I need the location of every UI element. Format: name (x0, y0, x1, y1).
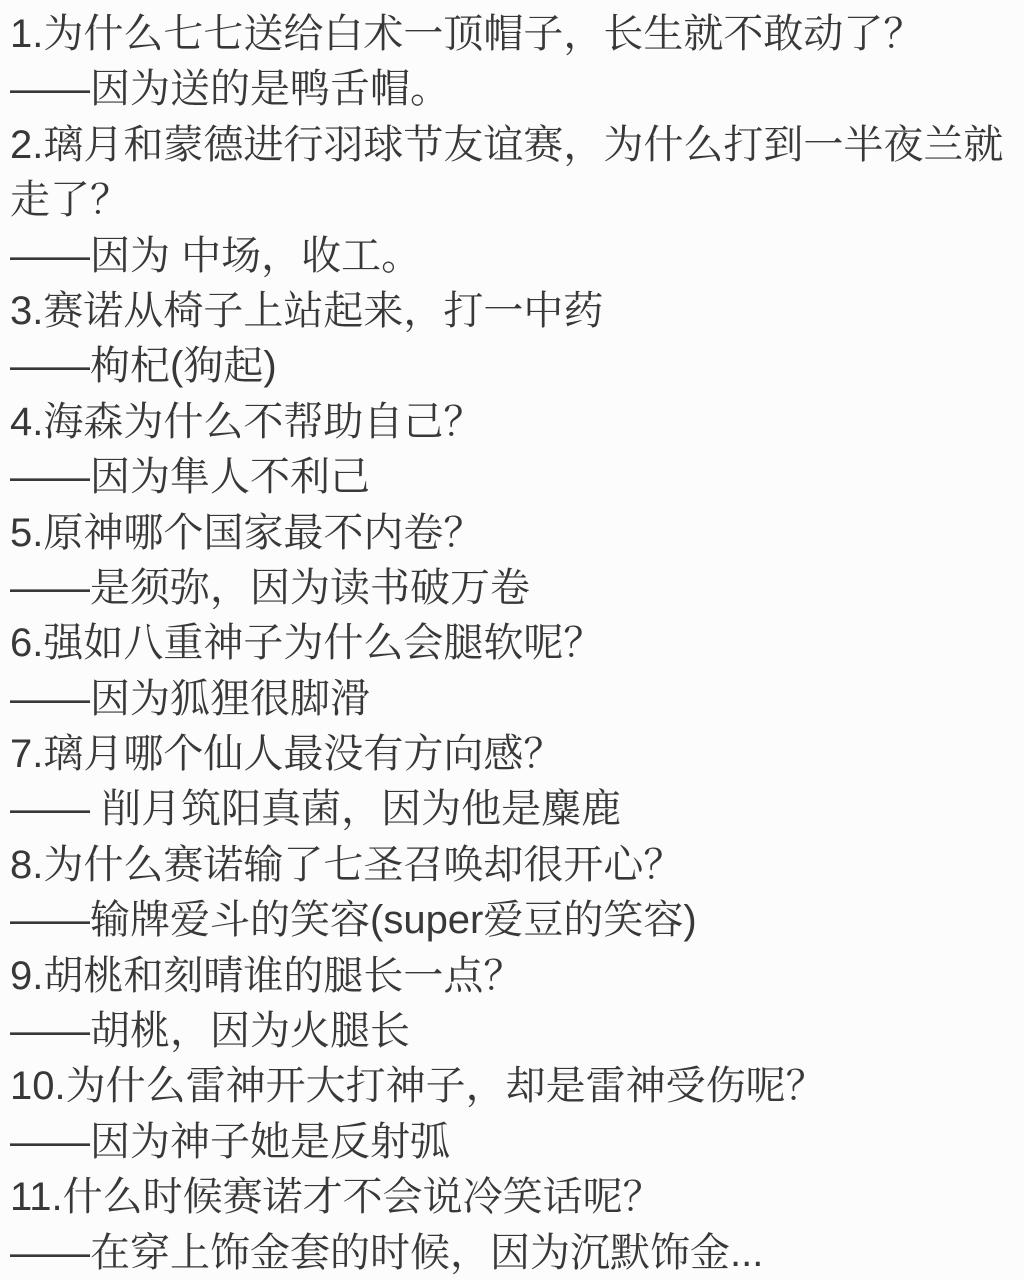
text-line: ——枸杞(狗起) (10, 339, 1016, 394)
text-line: 1.为什么七七送给白术一顶帽子，长生就不敢动了？ (10, 7, 1016, 62)
text-line: 8.为什么赛诺输了七圣召唤却很开心？ (10, 838, 1016, 893)
text-line: ——因为隼人不利己 (10, 450, 1016, 505)
text-line: 11.什么时候赛诺才不会说冷笑话呢？ (10, 1170, 1016, 1225)
text-line: —— 削月筑阳真菌，因为他是麋鹿 (10, 782, 1016, 837)
text-line: 9.胡桃和刻晴谁的腿长一点？ (10, 949, 1016, 1004)
text-line: ——因为 中场，收工。 (10, 229, 1016, 284)
text-line: ——因为神子她是反射弧 (10, 1115, 1016, 1170)
text-line: ——在穿上饰金套的时候，因为沉默饰金... (10, 1226, 1016, 1280)
text-line: 4.海森为什么不帮助自己？ (10, 395, 1016, 450)
text-line: 走了？ (10, 173, 1016, 228)
text-line: ——因为狐狸很脚滑 (10, 672, 1016, 727)
text-line: ——胡桃，因为火腿长 (10, 1004, 1016, 1059)
text-line: 7.璃月哪个仙人最没有方向感？ (10, 727, 1016, 782)
text-line: 3.赛诺从椅子上站起来，打一中药 (10, 284, 1016, 339)
text-line: ——输牌爱斗的笑容(super爱豆的笑容) (10, 893, 1016, 948)
document-page: 1.为什么七七送给白术一顶帽子，长生就不敢动了？ ——因为送的是鸭舌帽。 2.璃… (0, 0, 1024, 1280)
text-line: 2.璃月和蒙德进行羽球节友谊赛，为什么打到一半夜兰就 (10, 118, 1016, 173)
text-line: 5.原神哪个国家最不内卷？ (10, 506, 1016, 561)
text-line: 10.为什么雷神开大打神子，却是雷神受伤呢？ (10, 1059, 1016, 1114)
text-line: 6.强如八重神子为什么会腿软呢？ (10, 616, 1016, 671)
text-line: ——因为送的是鸭舌帽。 (10, 62, 1016, 117)
text-line: ——是须弥，因为读书破万卷 (10, 561, 1016, 616)
